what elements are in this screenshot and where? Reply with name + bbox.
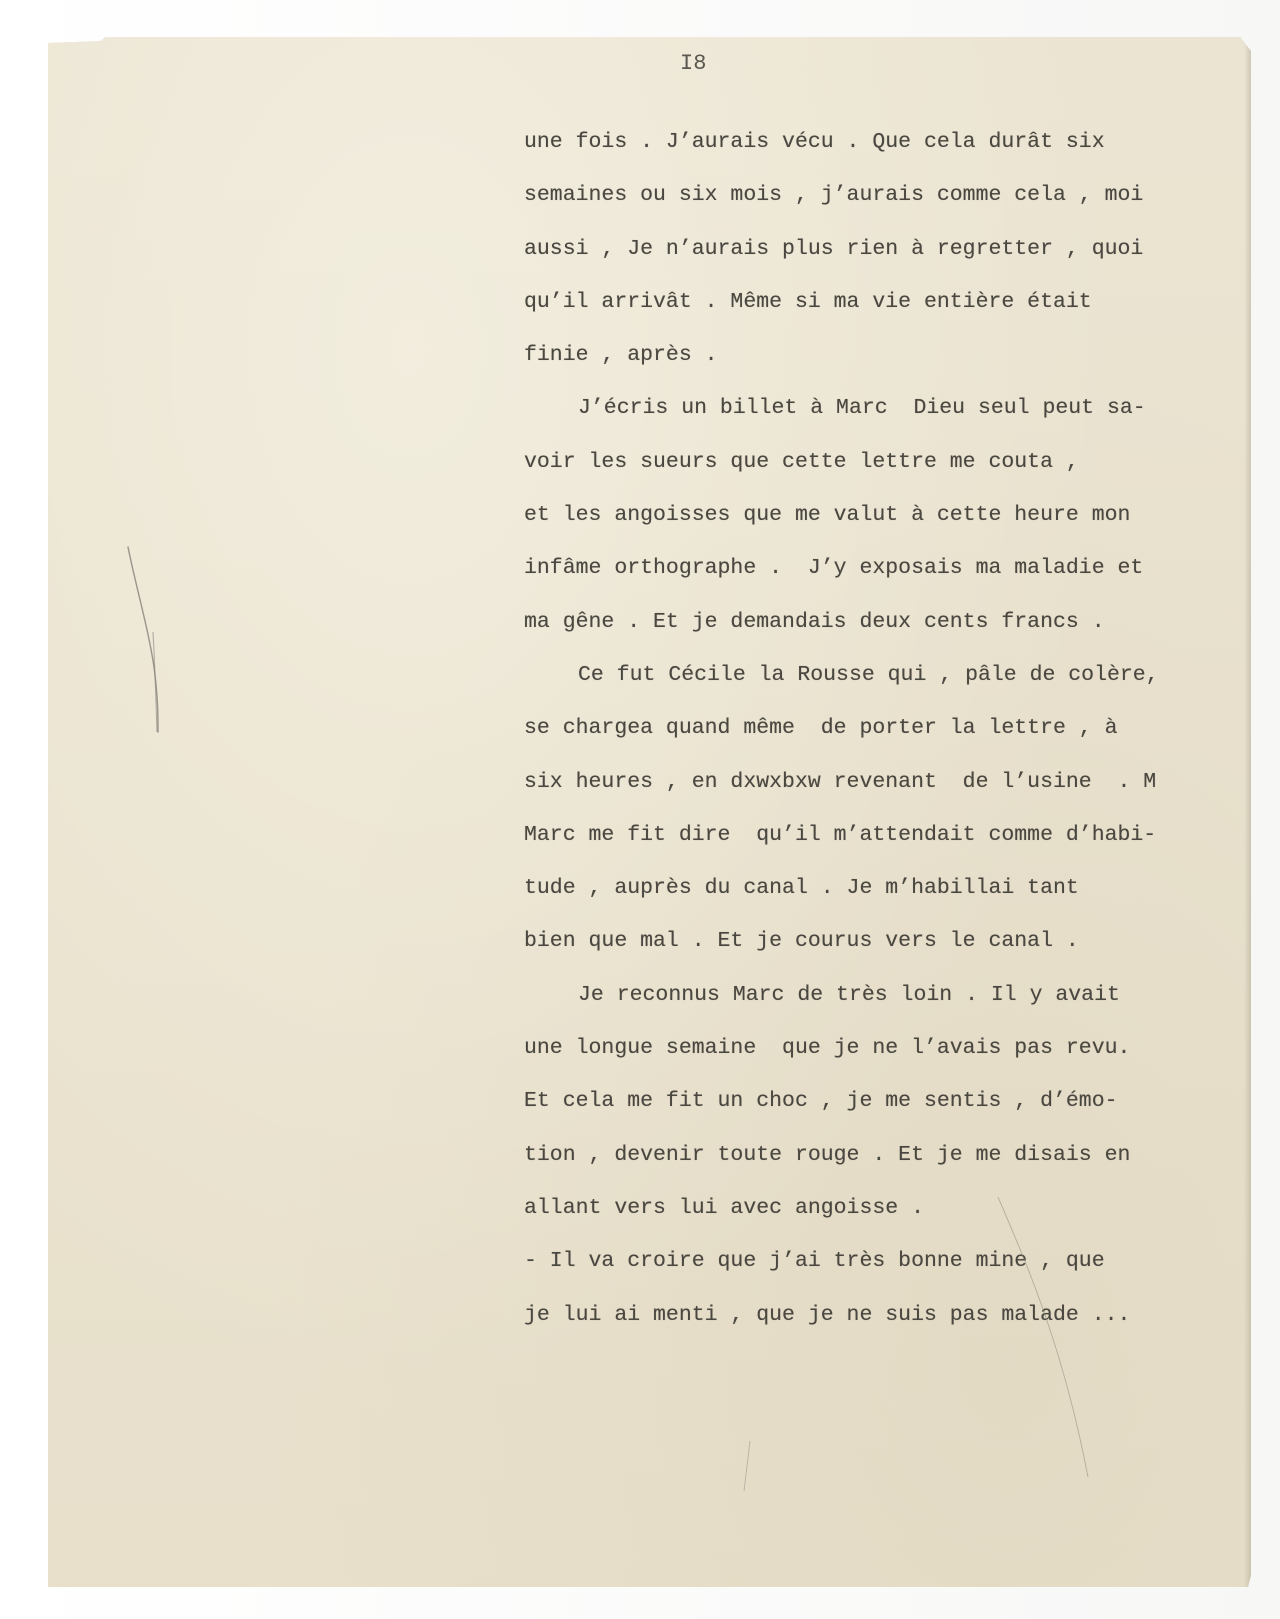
text-line: allant vers lui avec angoisse . <box>524 1182 1244 1235</box>
text-line: aussi , Je n’aurais plus rien à regrette… <box>524 223 1244 276</box>
text-line: tion , devenir toute rouge . Et je me di… <box>524 1129 1244 1182</box>
page-number: I8 <box>680 51 706 76</box>
text-line: se chargea quand même de porter la lettr… <box>524 702 1244 755</box>
text-line: qu’il arrivât . Même si ma vie entière é… <box>524 276 1244 329</box>
text-line: J’écris un billet à Marc Dieu seul peut … <box>524 382 1244 435</box>
text-line: bien que mal . Et je courus vers le cana… <box>524 915 1244 968</box>
pencil-tick-icon <box>738 1437 758 1497</box>
typewritten-sheet: I8 une fois . J’aurais vécu . Que cela d… <box>48 37 1251 1587</box>
text-line: six heures , en dxwxbxw revenant de l’us… <box>524 756 1244 809</box>
scanned-page-background: I8 une fois . J’aurais vécu . Que cela d… <box>0 0 1280 1619</box>
text-line: Je reconnus Marc de très loin . Il y ava… <box>524 969 1244 1022</box>
pencil-margin-stroke-icon <box>148 627 168 737</box>
typed-text-body: une fois . J’aurais vécu . Que cela durâ… <box>524 116 1244 1342</box>
text-line: je lui ai menti , que je ne suis pas mal… <box>524 1289 1244 1342</box>
page-edge-shadow <box>1244 37 1251 1587</box>
text-line: et les angoisses que me valut à cette he… <box>524 489 1244 542</box>
text-line: infâme orthographe . J’y exposais ma mal… <box>524 542 1244 595</box>
text-line: semaines ou six mois , j’aurais comme ce… <box>524 169 1244 222</box>
pencil-margin-mark-icon <box>118 517 178 737</box>
text-line: Ce fut Cécile la Rousse qui , pâle de co… <box>524 649 1244 702</box>
text-line: une longue semaine que je ne l’avais pas… <box>524 1022 1244 1075</box>
text-line: voir les sueurs que cette lettre me cout… <box>524 436 1244 489</box>
text-line: Et cela me fit un choc , je me sentis , … <box>524 1075 1244 1128</box>
text-line: ma gêne . Et je demandais deux cents fra… <box>524 596 1244 649</box>
text-line: une fois . J’aurais vécu . Que cela durâ… <box>524 116 1244 169</box>
text-line: Marc me fit dire qu’il m’attendait comme… <box>524 809 1244 862</box>
text-line: tude , auprès du canal . Je m’habillai t… <box>524 862 1244 915</box>
text-line: - Il va croire que j’ai très bonne mine … <box>524 1235 1244 1288</box>
text-line: finie , après . <box>524 329 1244 382</box>
